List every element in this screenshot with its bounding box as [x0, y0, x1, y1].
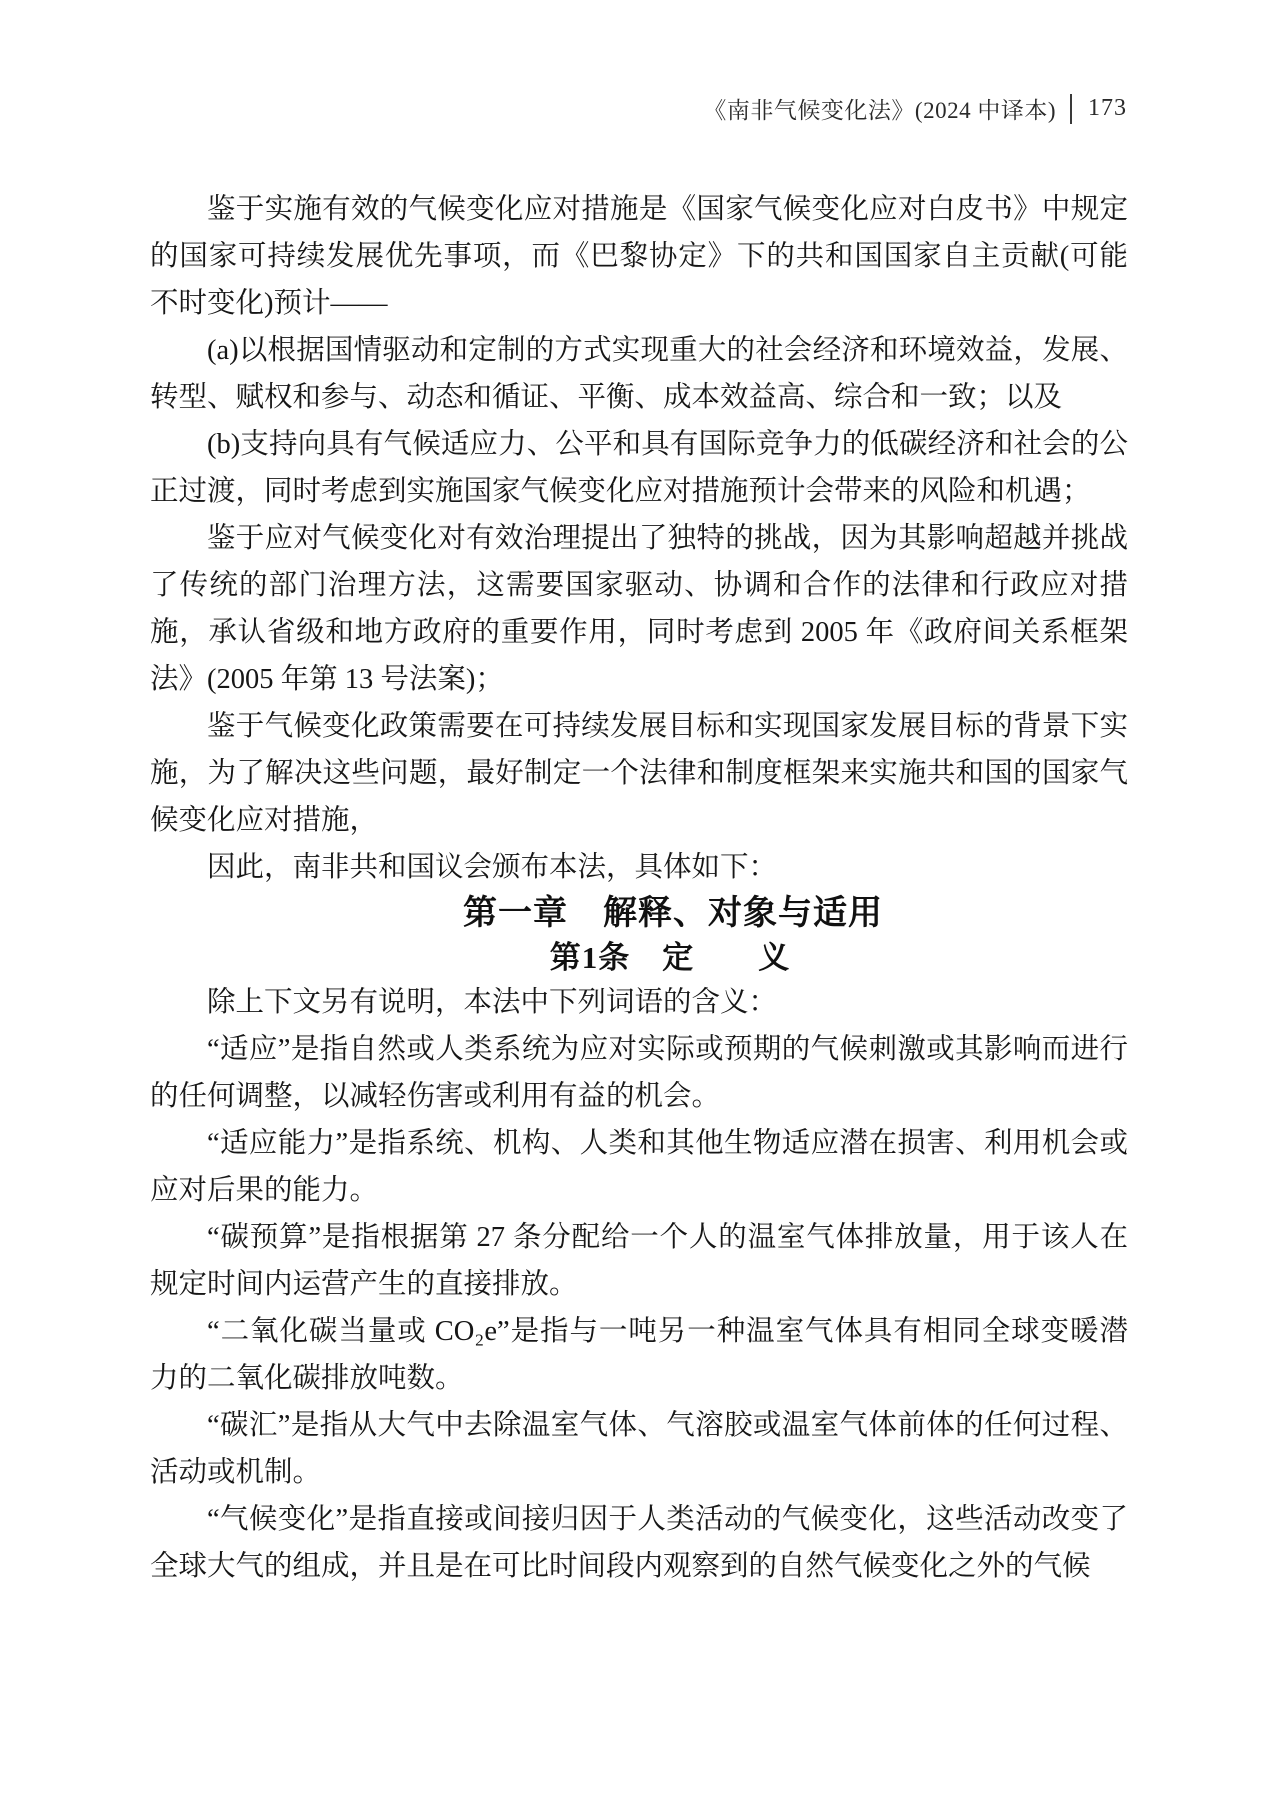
definition-paragraph: “碳预算”是指根据第 27 条分配给一个人的温室气体排放量，用于该人在规定时间内…: [150, 1214, 1128, 1308]
section-heading: 第1条 定 义: [150, 937, 1128, 979]
preamble-paragraph: 鉴于气候变化政策需要在可持续发展目标和实现国家发展目标的背景下实施，为了解决这些…: [150, 703, 1128, 844]
header-divider: [1070, 94, 1072, 124]
page-body: 鉴于实施有效的气候变化应对措施是《国家气候变化应对白皮书》中规定的国家可持续发展…: [150, 186, 1128, 1590]
preamble-paragraph: (b)支持向具有气候适应力、公平和具有国际竞争力的低碳经济和社会的公正过渡，同时…: [150, 421, 1128, 515]
preamble-paragraph: 鉴于实施有效的气候变化应对措施是《国家气候变化应对白皮书》中规定的国家可持续发展…: [150, 186, 1128, 327]
preamble-paragraph: 鉴于应对气候变化对有效治理提出了独特的挑战，因为其影响超越并挑战了传统的部门治理…: [150, 515, 1128, 703]
preamble-paragraph: 因此，南非共和国议会颁布本法，具体如下：: [150, 844, 1128, 891]
chapter-heading: 第一章 解释、对象与适用: [150, 891, 1128, 937]
preamble-paragraph: (a)以根据国情驱动和定制的方式实现重大的社会经济和环境效益，发展、转型、赋权和…: [150, 327, 1128, 421]
definition-paragraph: “二氧化碳当量或 CO₂e”是指与一吨另一种温室气体具有相同全球变暖潜力的二氧化…: [150, 1308, 1128, 1402]
definition-paragraph: “碳汇”是指从大气中去除温室气体、气溶胶或温室气体前体的任何过程、活动或机制。: [150, 1402, 1128, 1496]
running-header: 《南非气候变化法》(2024 中译本) 173: [703, 92, 1127, 125]
definition-paragraph: “适应能力”是指系统、机构、人类和其他生物适应潜在损害、利用机会或应对后果的能力…: [150, 1120, 1128, 1214]
running-header-title: 《南非气候变化法》(2024 中译本): [703, 92, 1056, 125]
document-page: 《南非气候变化法》(2024 中译本) 173 鉴于实施有效的气候变化应对措施是…: [0, 0, 1269, 1804]
page-number: 173: [1088, 95, 1127, 122]
definition-paragraph: “气候变化”是指直接或间接归因于人类活动的气候变化，这些活动改变了全球大气的组成…: [150, 1496, 1128, 1590]
definitions-intro: 除上下文另有说明，本法中下列词语的含义：: [150, 979, 1128, 1026]
definition-paragraph: “适应”是指自然或人类系统为应对实际或预期的气候刺激或其影响而进行的任何调整，以…: [150, 1026, 1128, 1120]
